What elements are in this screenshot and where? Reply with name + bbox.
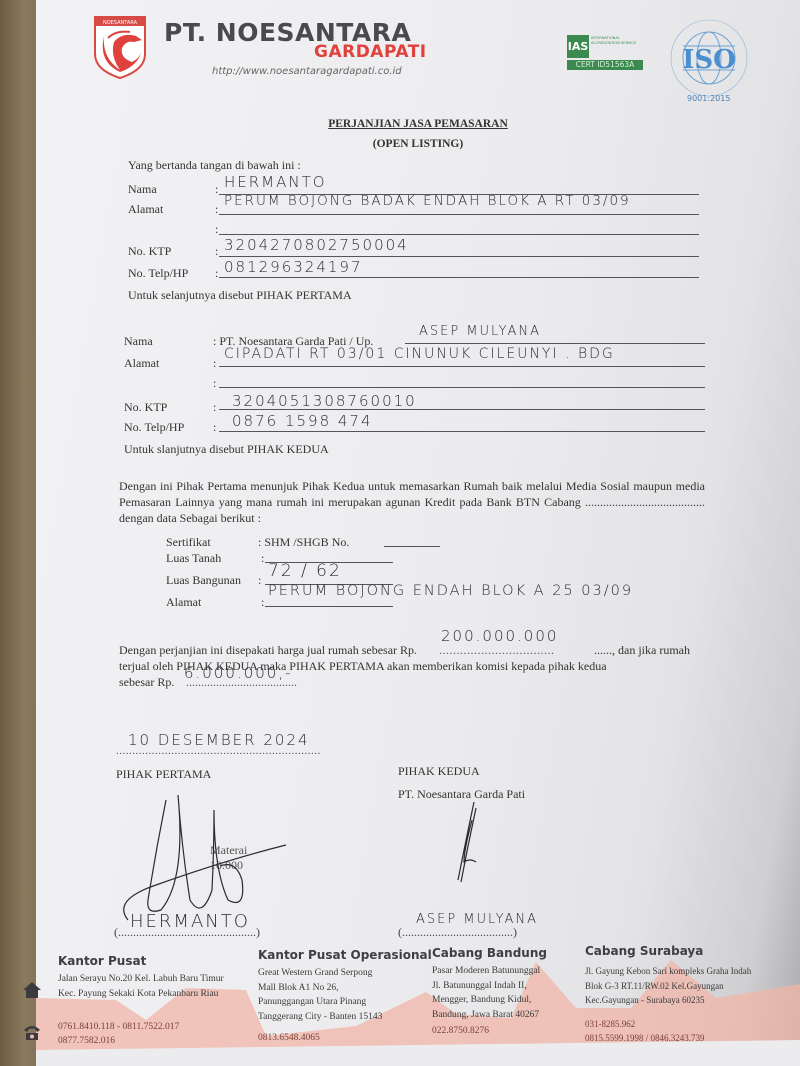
party2-ktp-value[interactable]: 3204051308760010	[232, 392, 417, 410]
office-phones-0: 0761.8410.118 - 0811.7522.017 0877.7582.…	[58, 1020, 179, 1048]
office-phones-2: 022.8750.8276	[432, 1024, 489, 1038]
intro-text: Yang bertanda tangan di bawah ini :	[128, 158, 301, 173]
second-party-label: PIHAK KEDUA	[398, 764, 480, 779]
party2-closing: Untuk slanjutnya disebut PIHAK KEDUA	[124, 442, 329, 457]
property-address-value[interactable]: PERUM BOJONG ENDAH BLOK A 25 03/09	[268, 583, 633, 599]
ias-cert-number: CERT ID51563A	[567, 60, 643, 70]
svg-text:NOESANTARA: NOESANTARA	[103, 20, 138, 26]
party1-address-line2[interactable]	[219, 234, 699, 235]
company-website: http://www.noesantaragardapati.co.id	[212, 66, 402, 77]
office-address-0: Jalan Serayu No.20 Kel. Labuh Baru Timur…	[58, 972, 224, 1001]
office-title-2: Cabang Bandung	[432, 946, 547, 960]
document-page: NOESANTARA PT. NOESANTARA GARDAPATI http…	[36, 0, 800, 1066]
first-party-label: PIHAK PERTAMA	[116, 767, 211, 782]
luas-bangunan-value[interactable]: 72 / 62	[268, 561, 342, 581]
ias-subtext: INTERNATIONAL ACCREDITATION SERVICE	[591, 36, 641, 46]
party1-closing: Untuk selanjutnya disebut PIHAK PERTAMA	[128, 288, 352, 303]
office-address-2: Pasar Moderen Batununggal Jl. Batunungga…	[432, 964, 540, 1022]
price-sentence: Dengan perjanjian ini disepakati harga j…	[119, 643, 417, 658]
office-title-1: Kantor Pusat Operasional	[258, 948, 432, 962]
first-party-printed-name[interactable]: HERMANTO	[130, 911, 250, 932]
document-title: PERJANJIAN JASA PEMASARAN	[36, 118, 800, 130]
sertifikat-value: : SHM /SHGB No.	[258, 535, 349, 550]
ias-logo: IAS	[567, 35, 589, 58]
party1-phone-value[interactable]: 081296324197	[224, 258, 363, 276]
phone-icon	[22, 1024, 42, 1047]
party2-name-label: Nama	[124, 334, 153, 349]
price-sentence-end: ......, dan jika rumah	[594, 643, 690, 658]
office-phones-3: 031-8285.962 0815.5599.1998 / 0846.3243.…	[585, 1017, 705, 1045]
party2-address-label: Alamat	[124, 356, 159, 371]
office-address-1: Great Western Grand Serpong Mall Blok A1…	[258, 966, 382, 1024]
iso-globe-icon: ISO	[664, 16, 754, 102]
party2-phone-value[interactable]: 0876 1598 474	[232, 412, 373, 430]
luas-bangunan-label: Luas Bangunan	[166, 573, 241, 588]
iso-standard: 9001:2015	[687, 94, 730, 103]
party1-ktp-label: No. KTP	[128, 244, 171, 259]
office-phones-1: 0813.6548.4065	[258, 1031, 320, 1045]
second-party-signature-icon	[446, 800, 486, 890]
home-icon	[22, 980, 42, 1005]
party1-ktp-value[interactable]: 3204270802750004	[224, 236, 409, 254]
party1-address-label: Alamat	[128, 202, 163, 217]
company-name-sub: GARDAPATI	[314, 42, 427, 62]
sertifikat-number-field[interactable]	[384, 546, 440, 547]
party2-address-line2[interactable]	[219, 387, 705, 388]
svg-text:ISO: ISO	[682, 45, 736, 75]
party2-name-value[interactable]: ASEP MULYANA	[419, 324, 541, 339]
party1-phone-label: No. Telp/HP	[128, 266, 188, 281]
luas-tanah-label: Luas Tanah	[166, 551, 221, 566]
party1-address-value[interactable]: PERUM BOJONG BADAK ENDAH BLOK A RT 03/09	[224, 193, 631, 209]
ias-cert-badge: IAS INTERNATIONAL ACCREDITATION SERVICE …	[567, 35, 643, 75]
office-title-0: Kantor Pusat	[58, 954, 146, 968]
property-address-label: Alamat	[166, 595, 201, 610]
company-logo-icon: NOESANTARA	[92, 14, 148, 80]
party2-ktp-label: No. KTP	[124, 400, 167, 415]
second-party-printed-name[interactable]: ASEP MULYANA	[416, 912, 538, 927]
party2-phone-label: No. Telp/HP	[124, 420, 184, 435]
office-address-3: Jl. Gayung Kebon Sari kompleks Graha Ind…	[585, 964, 751, 1008]
party1-name-value[interactable]: HERMANTO	[224, 173, 327, 191]
office-title-3: Cabang Surabaya	[585, 944, 703, 958]
sertifikat-label: Sertifikat	[166, 535, 211, 550]
commission-prefix: sebesar Rp.	[119, 675, 174, 690]
document-subtitle: (OPEN LISTING)	[36, 138, 800, 150]
party1-name-label: Nama	[128, 182, 157, 197]
agreement-paragraph: Dengan ini Pihak Pertama menunjuk Pihak …	[119, 478, 705, 526]
party2-address-value[interactable]: CIPADATI RT 03/01 CINUNUK CILEUNYI . BDG	[224, 346, 615, 362]
